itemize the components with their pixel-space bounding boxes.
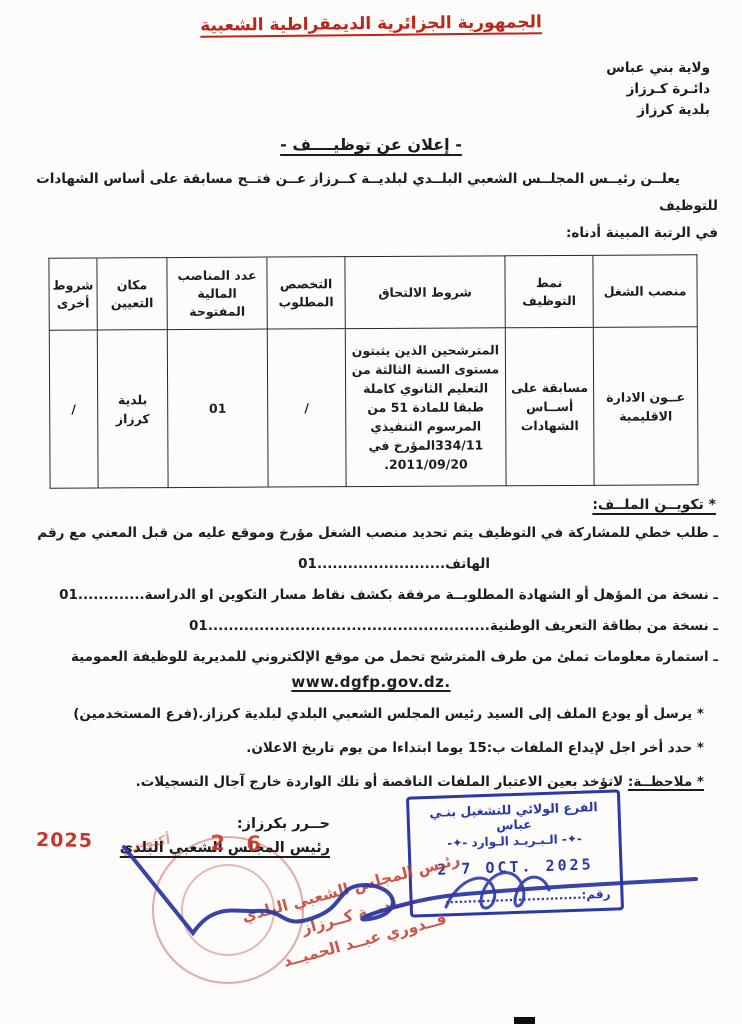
column-header-place: مكان التعيين bbox=[97, 258, 167, 330]
table-header-row: منصب الشغل نمط التوظيف شروط الالتحاق الت… bbox=[49, 255, 697, 330]
intro-line-2: في الرتبة المبينة أدناه: bbox=[24, 220, 718, 247]
table-row: عــون الادارة الاقليمية مسابقة على أســا… bbox=[49, 327, 698, 488]
wilaya-line: ولاية بني عباس bbox=[26, 58, 710, 79]
intro-paragraph: يعلــن رئيــس المجلــس الشعبي البلــدي ل… bbox=[24, 166, 718, 247]
recruitment-table: منصب الشغل نمط التوظيف شروط الالتحاق الت… bbox=[48, 254, 698, 488]
file-item-phone-line: الهاتف.........................01 bbox=[24, 553, 718, 575]
file-item-diploma-copy: ـ نسخة من المؤهل أو الشهادة المطلوبــة م… bbox=[24, 584, 718, 606]
date-stamp-year: 2025 bbox=[36, 829, 93, 852]
cell-conditions: المترشحين الذين يثبتون مستوى السنة الثال… bbox=[345, 328, 506, 487]
file-item-application: ـ طلب خطي للمشاركة في التوظيف يتم تحديد … bbox=[24, 522, 718, 544]
intro-line-1: يعلــن رئيــس المجلــس الشعبي البلــدي ل… bbox=[24, 166, 718, 220]
registrar-mark bbox=[514, 1017, 535, 1024]
note-remark-label: * ملاحظــة: bbox=[628, 774, 704, 790]
note-submit: * يرسل أو يودع الملف إلى السيد رئيس المج… bbox=[24, 703, 718, 725]
cell-specialty: / bbox=[267, 329, 346, 487]
website-link: www.dgfp.gov.dz. bbox=[24, 673, 718, 691]
column-header-specialty: التخصص المطلوب bbox=[267, 257, 345, 329]
cell-position: عــون الادارة الاقليمية bbox=[593, 327, 698, 486]
scanned-document-page: الجمهورية الجزائرية الديمقراطية الشعبية … bbox=[0, 0, 742, 1024]
column-header-position: منصب الشغل bbox=[593, 255, 697, 328]
announcement-title: - إعلان عن توظيــــف - bbox=[24, 135, 718, 154]
cell-place: بلدية كرزاز bbox=[97, 330, 168, 488]
issuing-authority-block: ولاية بني عباس دائـرة كـرزاز بلدية كرزاز bbox=[24, 58, 718, 121]
date-stamp-day: 2 6 bbox=[210, 831, 268, 856]
note-deadline: * حدد أخر اجل لإيداع الملفات ب:15 يوما ا… bbox=[24, 737, 718, 759]
column-header-mode: نمط التوظيف bbox=[505, 255, 593, 327]
red-date-stamp: 2025 أكتوبر 2 6 bbox=[36, 822, 269, 862]
cell-other: / bbox=[49, 330, 98, 488]
commune-line: بلدية كرزاز bbox=[26, 100, 710, 121]
file-item-id-copy: ـ نسخة من بطاقة التعريف الوطنية.........… bbox=[24, 615, 718, 637]
cell-mode: مسابقة على أســاس الشهادات bbox=[505, 327, 594, 485]
cell-open-posts: 01 bbox=[167, 329, 268, 488]
file-item-info-form: ـ استمارة معلومات تملئ من طرف المترشح تح… bbox=[24, 646, 718, 668]
republic-title: الجمهورية الجزائرية الديمقراطية الشعبية bbox=[24, 10, 718, 37]
column-header-open-posts: عدد المناصب المالية المفتوحة bbox=[167, 257, 267, 330]
daira-line: دائـرة كـرزاز bbox=[26, 79, 710, 100]
column-header-conditions: شروط الالتحاق bbox=[345, 256, 505, 329]
column-header-other: شروط أخرى bbox=[49, 258, 97, 330]
stamp-org-line: الفرع الولائي للتشغيل بنـي عباس bbox=[409, 798, 618, 835]
date-stamp-month: أكتوبر bbox=[132, 832, 172, 852]
file-section-title: * تكويــن الملــف: bbox=[592, 497, 716, 513]
note-remark-text: لاتؤخد بعين الاعتبار الملفات الناقصة أو … bbox=[136, 774, 628, 790]
